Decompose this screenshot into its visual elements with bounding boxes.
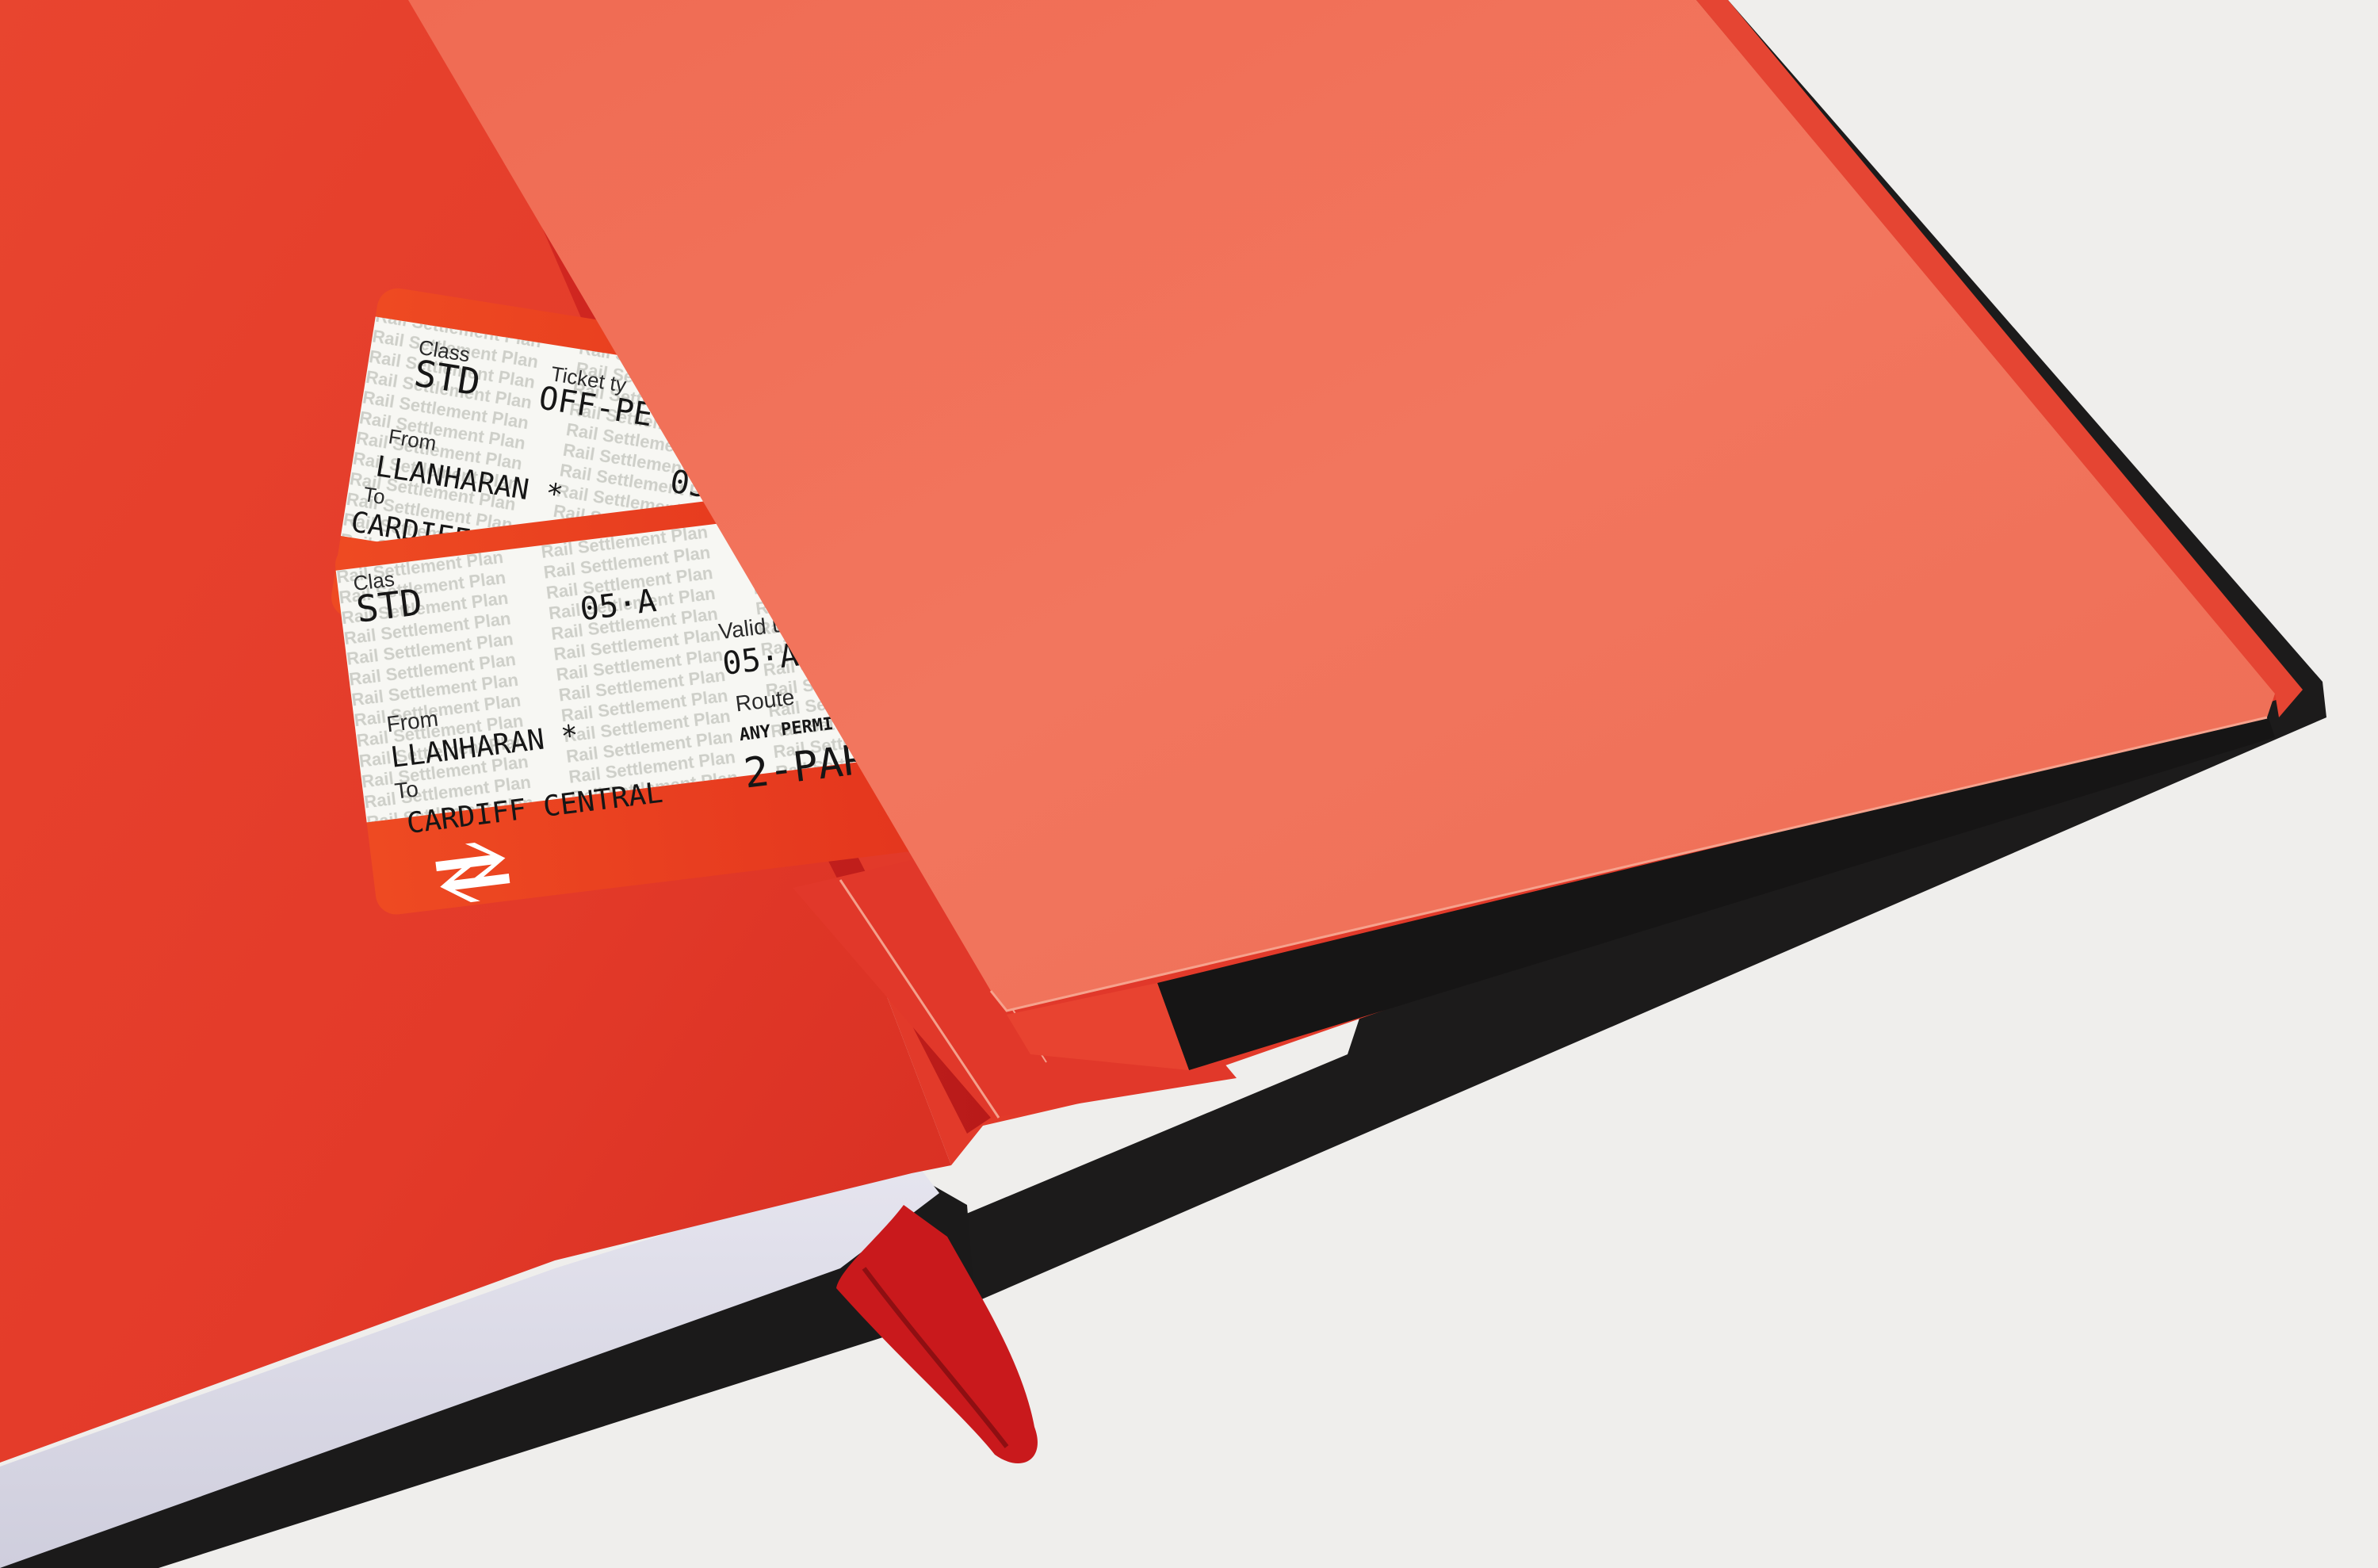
notebook-photo: Rail Settlement Plan Class STD Ticket ty… (0, 0, 2378, 1568)
ticket-to-label: To (361, 482, 387, 509)
ticket-class-value: STD (354, 580, 425, 631)
ticket-to-label: To (393, 776, 419, 803)
